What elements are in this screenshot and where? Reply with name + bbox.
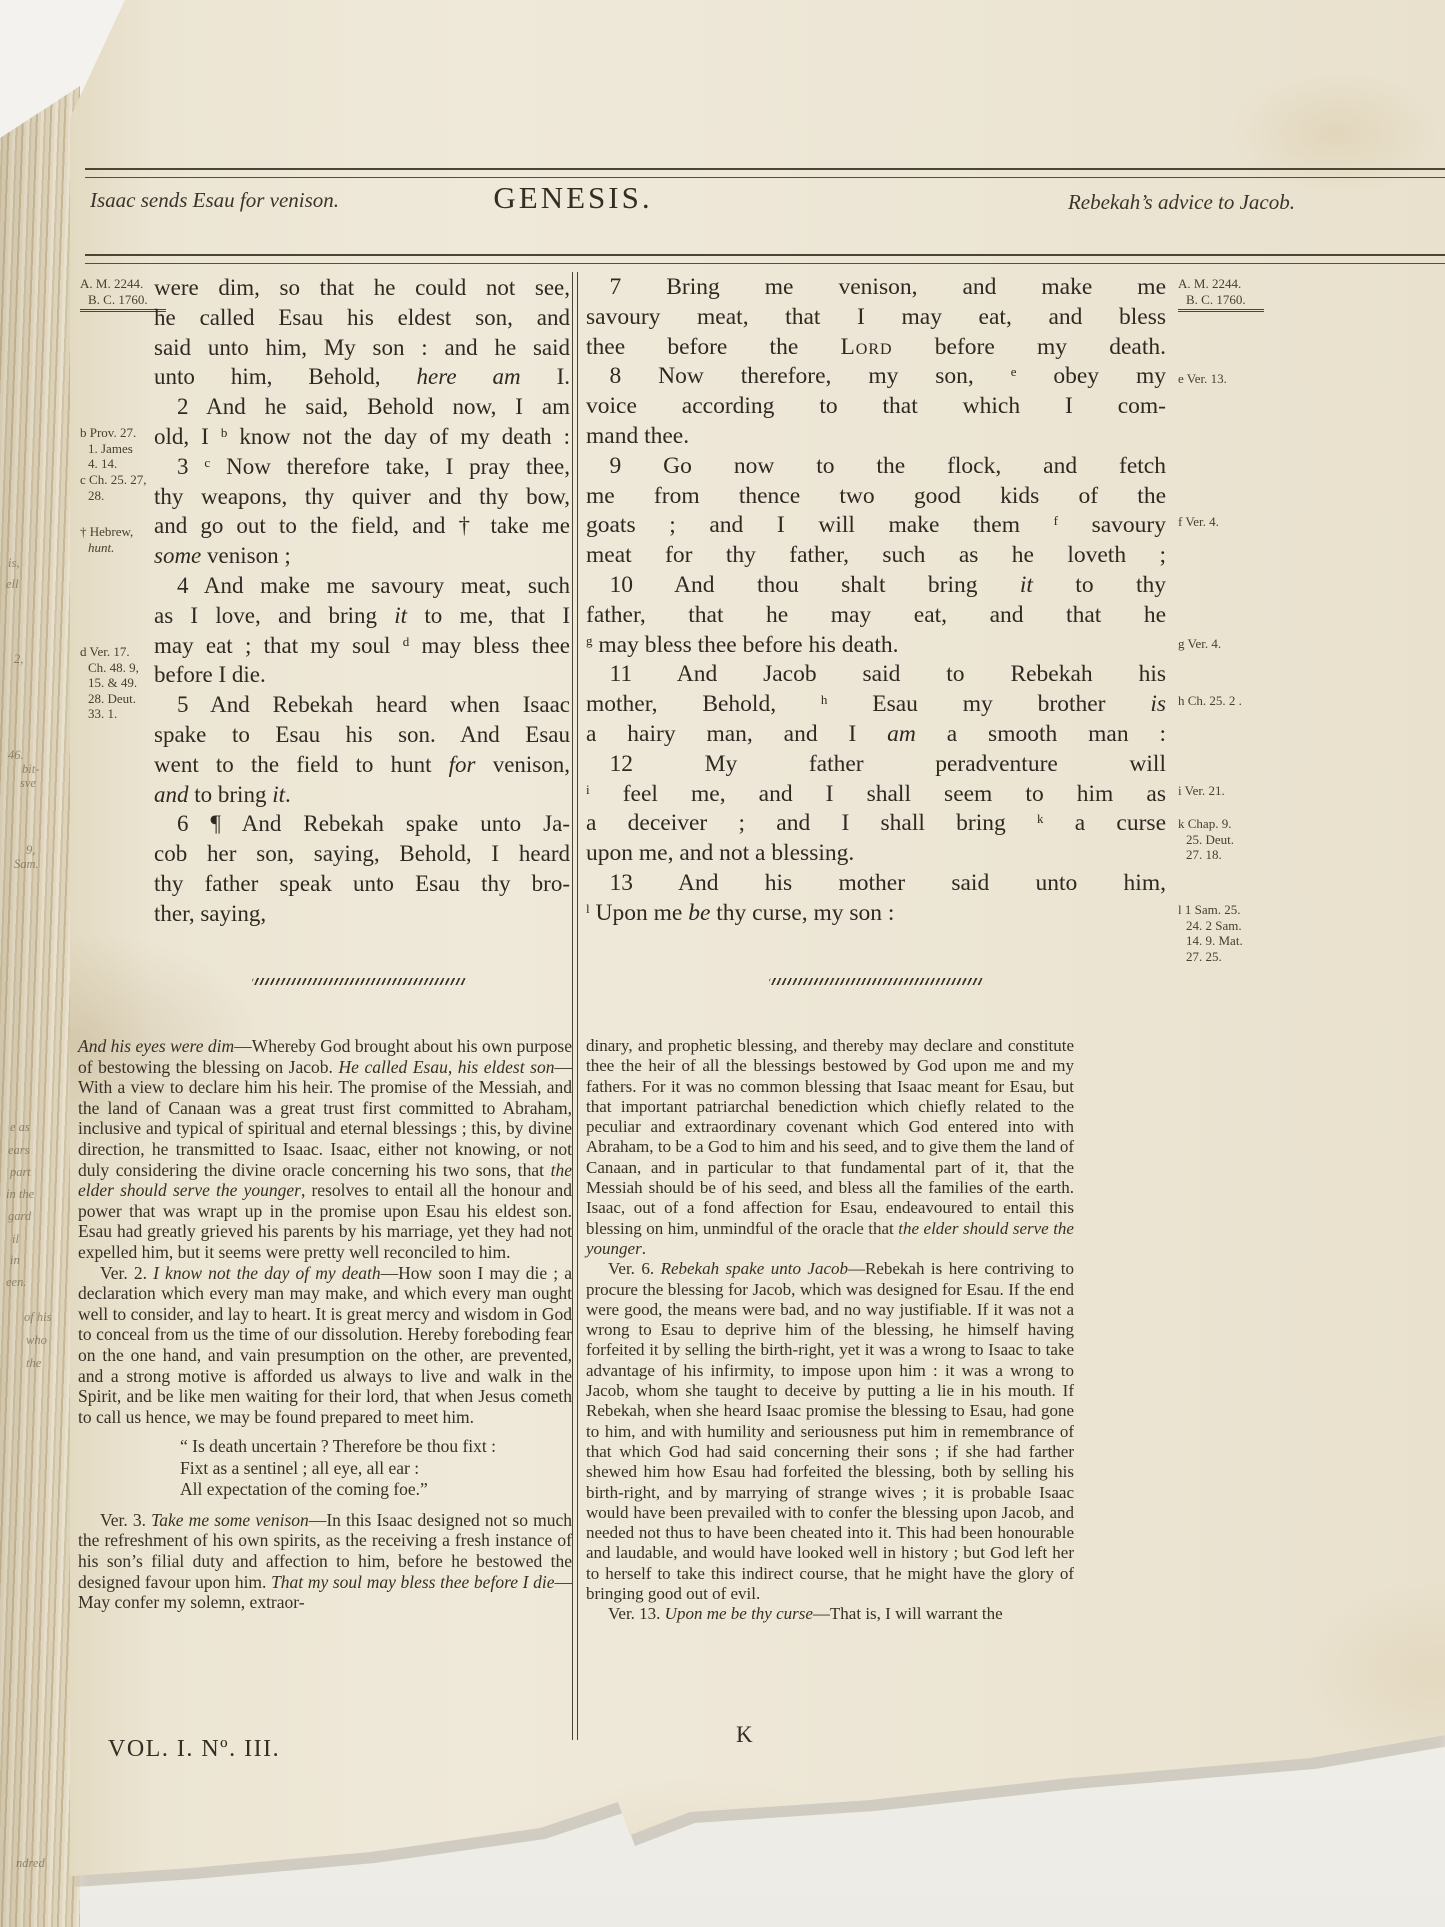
scripture-line: thee before the Lord before my death. xyxy=(586,333,1166,363)
scripture-line: old, I b know not the day of my death : xyxy=(154,422,570,452)
scripture-line: mother, Behold, h Esau my brother is xyxy=(586,690,1166,720)
commentary-paragraph: Ver. 3. Take me some venison—In this Isa… xyxy=(78,1510,572,1613)
left-column: A. M. 2244.B. C. 1760.b Prov. 27.1. Jame… xyxy=(80,270,572,1810)
margin-note: A. M. 2244.B. C. 1760. xyxy=(1178,276,1264,312)
margin-note: l 1 Sam. 25.24. 2 Sam.14. 9. Mat.27. 25. xyxy=(1178,902,1312,964)
scripture-line: upon me, and not a blessing. xyxy=(586,839,1166,869)
scripture-line: 13 And his mother said unto him, xyxy=(586,869,1166,899)
scripture-line: before I die. xyxy=(154,660,570,690)
scripture-line: 12 My father peradventure will xyxy=(586,750,1166,780)
scripture-line: 4 And make me savoury meat, such xyxy=(154,571,570,601)
scripture-line: 2 And he said, Behold now, I am xyxy=(154,392,570,422)
book-page-edges xyxy=(0,86,80,1927)
scripture-line: may eat ; that my soul d may bless thee xyxy=(154,631,570,661)
scripture-line: ther, saying, xyxy=(154,899,570,929)
scripture-line: g may bless thee before his death. xyxy=(586,631,1166,661)
scripture-line: thy weapons, thy quiver and thy bow, xyxy=(154,482,570,512)
margin-note: f Ver. 4. xyxy=(1178,514,1312,530)
page-title: GENESIS. xyxy=(493,180,652,216)
scripture-line: i feel me, and I shall seem to him as xyxy=(586,780,1166,810)
commentary-paragraph: Ver. 13. Upon me be thy curse—That is, I… xyxy=(586,1604,1074,1624)
page-edge-text-fragment: in xyxy=(10,1253,20,1268)
commentary-paragraph: dinary, and prophetic blessing, and ther… xyxy=(586,1036,1074,1259)
page-edge-text-fragment: ndred xyxy=(16,1856,45,1871)
scripture-column-left: were dim, so that he could not see,he ca… xyxy=(154,273,570,929)
margin-note: k Chap. 9.25. Deut.27. 18. xyxy=(1178,816,1312,863)
scripture-line: a deceiver ; and I shall bring k a curse xyxy=(586,809,1166,839)
scripture-line: l Upon me be thy curse, my son : xyxy=(586,899,1166,929)
scripture-line: 9 Go now to the flock, and fetch xyxy=(586,452,1166,482)
scripture-line: father, that he may eat, and that he xyxy=(586,601,1166,631)
scripture-line: and go out to the field, and † take me xyxy=(154,511,570,541)
scripture-line: a hairy man, and I am a smooth man : xyxy=(586,720,1166,750)
page-edge-text-fragment: 2, xyxy=(14,652,23,667)
page-edge-text-fragment: is, xyxy=(8,556,19,571)
commentary-column-left: And his eyes were dim—Whereby God brough… xyxy=(78,1036,572,1613)
page-edge-text-fragment: bit- xyxy=(22,762,39,777)
margin-note: h Ch. 25. 2 . xyxy=(1178,693,1312,709)
page-edge-text-fragment: 46. xyxy=(8,748,24,763)
margin-note: d Ver. 17.Ch. 48. 9,15. & 49.28. Deut.33… xyxy=(80,644,152,722)
photograph-of-book-page: { "header": { "left": "Isaac sends Esau … xyxy=(0,0,1445,1927)
scripture-line: thy father speak unto Esau thy bro- xyxy=(154,869,570,899)
scripture-line: went to the field to hunt for venison, xyxy=(154,750,570,780)
scripture-line: unto him, Behold, here am I. xyxy=(154,362,570,392)
margin-note: c Ch. 25. 27,28. xyxy=(80,472,152,503)
right-column: 7 Bring me venison, and make mesavoury m… xyxy=(584,270,1316,1810)
scripture-column-right: 7 Bring me venison, and make mesavoury m… xyxy=(586,273,1166,929)
scripture-line: meat for thy father, such as he loveth ; xyxy=(586,541,1166,571)
page-edge-text-fragment: gard xyxy=(8,1209,31,1224)
page-edge-text-fragment: 9, xyxy=(26,843,35,858)
page-edge-text-fragment: e as xyxy=(10,1120,30,1135)
poem-quote: “ Is death uncertain ? Therefore be thou… xyxy=(180,1436,572,1501)
scripture-line: 8 Now therefore, my son, e obey my xyxy=(586,362,1166,392)
running-head-left: Isaac sends Esau for venison. xyxy=(90,188,339,213)
column-divider-rule xyxy=(572,272,578,1740)
page-edge-text-fragment: the xyxy=(26,1356,41,1371)
page-edge-text-fragment: part xyxy=(10,1165,31,1180)
scripture-line: some venison ; xyxy=(154,541,570,571)
scripture-line: voice according to that which I com- xyxy=(586,392,1166,422)
page-edge-text-fragment: Sam. xyxy=(14,857,39,872)
margin-note: i Ver. 21. xyxy=(1178,783,1312,799)
page-edge-text-fragment: ell xyxy=(6,577,19,592)
scripture-line: savoury meat, that I may eat, and bless xyxy=(586,303,1166,333)
scripture-line: were dim, so that he could not see, xyxy=(154,273,570,303)
margin-note: † Hebrew,hunt. xyxy=(80,524,152,555)
scripture-line: and to bring it. xyxy=(154,780,570,810)
scripture-line: me from thence two good kids of the xyxy=(586,482,1166,512)
scripture-line: he called Esau his eldest son, and xyxy=(154,303,570,333)
page-edge-text-fragment: il xyxy=(12,1232,19,1247)
scripture-line: goats ; and I will make them f savoury xyxy=(586,511,1166,541)
header-rule-top xyxy=(85,168,1445,178)
page-edge-text-fragment: in the xyxy=(6,1187,34,1202)
section-divider-ornament xyxy=(769,978,984,985)
margin-note: e Ver. 13. xyxy=(1178,371,1312,387)
page-edge-text-fragment: ears xyxy=(8,1143,30,1158)
footer-volume: VOL. I. Nº. III. xyxy=(108,1736,280,1763)
page-edge-text-fragment: who xyxy=(26,1333,47,1348)
commentary-paragraph: And his eyes were dim—Whereby God brough… xyxy=(78,1036,572,1263)
scripture-line: spake to Esau his son. And Esau xyxy=(154,720,570,750)
commentary-column-right: dinary, and prophetic blessing, and ther… xyxy=(586,1036,1074,1625)
margin-note: g Ver. 4. xyxy=(1178,636,1312,652)
scripture-line: mand thee. xyxy=(586,422,1166,452)
scripture-line: 7 Bring me venison, and make me xyxy=(586,273,1166,303)
scripture-line: 5 And Rebekah heard when Isaac xyxy=(154,690,570,720)
left-margin-notes: A. M. 2244.B. C. 1760.b Prov. 27.1. Jame… xyxy=(80,276,152,946)
commentary-paragraph: Ver. 2. I know not the day of my death—H… xyxy=(78,1263,572,1428)
header-rule-bottom xyxy=(85,254,1445,264)
scripture-line: 6 ¶ And Rebekah spake unto Ja- xyxy=(154,809,570,839)
signature-mark: K xyxy=(736,1722,753,1748)
running-head-right: Rebekah’s advice to Jacob. xyxy=(1068,190,1295,215)
margin-note: b Prov. 27.1. James4. 14. xyxy=(80,425,152,472)
right-margin-notes: A. M. 2244.B. C. 1760.e Ver. 13.f Ver. 4… xyxy=(1178,276,1312,1196)
scripture-line: as I love, and bring it to me, that I xyxy=(154,601,570,631)
scripture-line: 11 And Jacob said to Rebekah his xyxy=(586,660,1166,690)
page-edge-text-fragment: of his xyxy=(24,1310,51,1325)
scripture-line: said unto him, My son : and he said xyxy=(154,333,570,363)
book-page: Isaac sends Esau for venison. GENESIS. R… xyxy=(70,0,1445,1900)
scripture-line: 10 And thou shalt bring it to thy xyxy=(586,571,1166,601)
scripture-line: cob her son, saying, Behold, I heard xyxy=(154,839,570,869)
commentary-paragraph: Ver. 6. Rebekah spake unto Jacob—Rebekah… xyxy=(586,1259,1074,1604)
section-divider-ornament xyxy=(252,978,467,985)
page-edge-text-fragment: een. xyxy=(6,1275,26,1290)
scripture-line: 3 c Now therefore take, I pray thee, xyxy=(154,452,570,482)
page-edge-text-fragment: sve xyxy=(20,776,36,791)
